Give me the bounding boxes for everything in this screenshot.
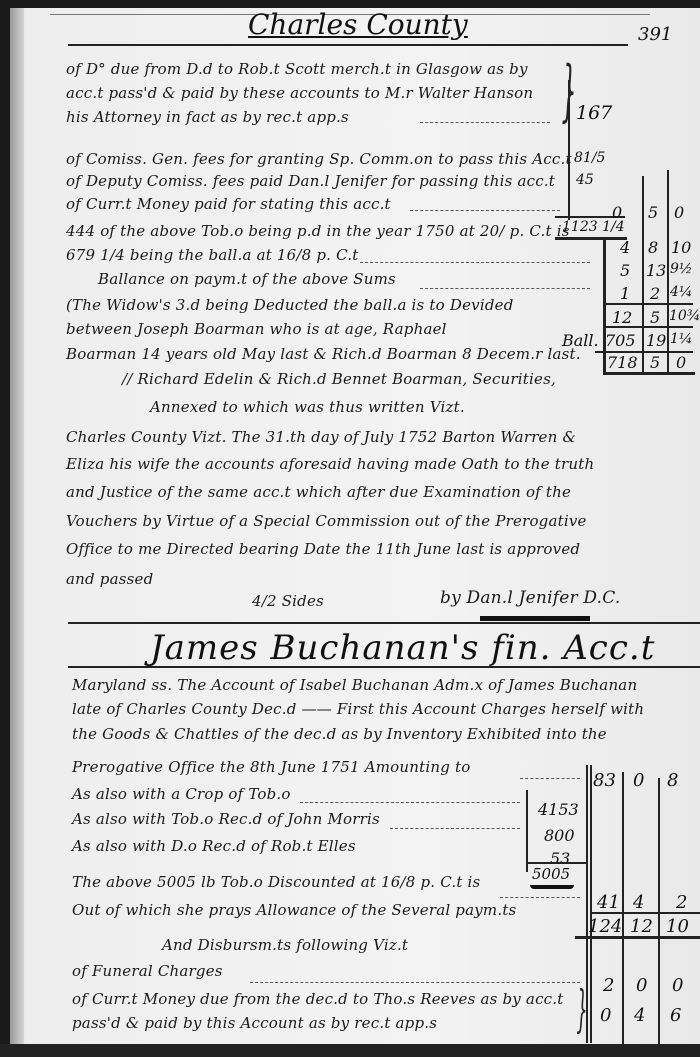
leader-dashes: [410, 210, 560, 211]
tobacco-total: 5005: [532, 865, 570, 883]
leader-dashes: [360, 262, 590, 263]
text-line: of Curr.t Money due from the dec.d to Th…: [72, 990, 563, 1008]
money-pounds: 12: [612, 308, 632, 327]
text-line: his Attorney in fact as by rec.t app.s: [66, 108, 349, 126]
money-shillings: 13: [646, 261, 666, 280]
text-line: of Comiss. Gen. fees for granting Sp. Co…: [66, 150, 572, 168]
text-line: Eliza his wife the accounts aforesaid ha…: [66, 455, 594, 473]
money-pounds: 0: [600, 1005, 611, 1026]
tobacco-value: 4153: [538, 800, 579, 819]
column-rule: [526, 790, 528, 872]
text-line: // Richard Edelin & Rich.d Bennet Boarma…: [122, 370, 556, 388]
sum-rule: [528, 862, 586, 864]
money-pence: 6: [670, 1005, 681, 1026]
money-shillings: 8: [648, 238, 658, 257]
text-line: of Curr.t Money paid for stating this ac…: [66, 195, 391, 213]
money-pence: 10: [666, 916, 689, 937]
title-rule: [68, 666, 700, 668]
money-pence: 2: [676, 892, 687, 913]
page-number: 391: [638, 24, 672, 45]
money-pence: 0: [674, 203, 684, 222]
text-line: Boarman 14 years old May last & Rich.d B…: [66, 345, 581, 363]
money-shillings: 0: [633, 770, 644, 791]
text-line: and Justice of the same acc.t which afte…: [66, 483, 571, 501]
text-line: Annexed to which was thus written Vizt.: [150, 398, 465, 416]
money-shillings: 4: [634, 1005, 645, 1026]
money-shillings: 4: [633, 892, 644, 913]
text-line: And Disbursm.ts following Viz.t: [162, 936, 408, 954]
column-rule-shillings: [622, 772, 624, 1044]
text-line: Vouchers by Virtue of a Special Commissi…: [66, 512, 587, 530]
sum-underline: [530, 885, 574, 889]
text-line: Ballance on paym.t of the above Sums: [98, 270, 396, 288]
money-pounds: 83: [593, 770, 616, 791]
column-rule: [568, 80, 570, 220]
text-line: As also with D.o Rec.d of Rob.t Elles: [72, 837, 356, 855]
signature: by Dan.l Jenifer D.C.: [440, 588, 620, 608]
page-header-title: Charles County: [248, 8, 468, 41]
text-line: Out of which she prays Allowance of the …: [72, 901, 516, 919]
text-line: pass'd & paid by this Account as by rec.…: [72, 1014, 437, 1032]
text-line: the Goods & Chattles of the dec.d as by …: [72, 725, 607, 743]
tobacco-value: 800: [544, 826, 575, 845]
leader-dashes: [500, 897, 580, 898]
page-binding-edge: [10, 8, 24, 1044]
money-shillings: 0: [636, 975, 647, 996]
row-rule: [603, 303, 693, 305]
money-pounds: 41: [597, 892, 620, 913]
column-rule-thick: [603, 238, 606, 373]
money-shillings: 12: [630, 916, 653, 937]
text-line: Maryland ss. The Account of Isabel Bucha…: [72, 676, 637, 694]
leader-dashes: [250, 982, 580, 983]
tobacco-value: 81/5: [574, 150, 605, 166]
text-line: of Deputy Comiss. fees paid Dan.l Jenife…: [66, 172, 555, 190]
account-title: James Buchanan's fin. Acc.t: [150, 628, 655, 668]
balance-label: Ball.: [562, 331, 599, 350]
text-line: and passed: [66, 570, 153, 588]
text-line: (The Widow's 3.d being Deducted the ball…: [66, 296, 514, 314]
total-rule: [603, 372, 695, 375]
tobacco-value: 167: [576, 102, 612, 124]
section-rule: [68, 622, 700, 624]
money-pence: 10¾: [669, 308, 700, 324]
ink-smudge: [480, 616, 590, 621]
money-pence: 4¼: [670, 284, 692, 300]
column-rule-pence: [667, 170, 669, 374]
column-rule-shillings: [642, 176, 644, 374]
leader-dashes: [300, 802, 520, 803]
text-line: between Joseph Boarman who is at age, Ra…: [66, 320, 447, 338]
money-pence: 0: [672, 975, 683, 996]
column-rule-pounds: [590, 765, 592, 1043]
column-rule-pence: [658, 778, 660, 1044]
money-shillings: 2: [650, 284, 660, 303]
tobacco-value: 45: [576, 172, 594, 188]
text-line: 679 1/4 being the ball.a at 16/8 p. C.t: [66, 246, 358, 264]
money-pence: 0: [676, 353, 686, 372]
text-line: acc.t pass'd & paid by these accounts to…: [66, 84, 533, 102]
text-line: late of Charles County Dec.d —— First th…: [72, 700, 644, 718]
text-line: Charles County Vizt. The 31.th day of Ju…: [66, 428, 576, 446]
money-pence: 9½: [670, 261, 692, 277]
sum-rule-thick: [555, 237, 627, 240]
money-shillings: 5: [650, 308, 660, 327]
money-pounds: 5: [620, 261, 630, 280]
money-pounds: 4: [620, 238, 630, 257]
money-pounds: 124: [588, 916, 622, 937]
money-pence: 10: [671, 238, 691, 257]
fees-label: 4/2 Sides: [252, 592, 324, 610]
money-pence: 1¼: [670, 331, 692, 347]
money-pounds: 718: [607, 353, 638, 372]
leader-dashes: [420, 122, 550, 123]
text-line: As also with a Crop of Tob.o: [72, 785, 291, 803]
text-line: of D° due from D.d to Rob.t Scott merch.…: [66, 60, 528, 78]
money-shillings: 19: [646, 331, 666, 350]
text-line: of Funeral Charges: [72, 962, 223, 980]
money-shillings: 5: [650, 353, 660, 372]
text-line: 444 of the above Tob.o being p.d in the …: [66, 222, 570, 240]
money-pence: 8: [667, 770, 678, 791]
leader-dashes: [390, 828, 520, 829]
scan-bottom-border: [0, 1044, 700, 1057]
leader-dashes: [520, 778, 580, 779]
header-rule: [68, 44, 628, 46]
money-pounds: 705: [605, 331, 636, 350]
column-rule-pounds: [586, 765, 588, 1043]
leader-dashes: [420, 288, 590, 289]
money-shillings: 5: [648, 203, 658, 222]
money-pounds: 1: [620, 284, 630, 303]
money-pounds: 2: [603, 975, 614, 996]
text-line: Office to me Directed bearing Date the 1…: [66, 540, 580, 558]
money-pounds: 0: [612, 203, 622, 222]
text-line: The above 5005 lb Tob.o Discounted at 16…: [72, 873, 480, 891]
text-line: Prerogative Office the 8th June 1751 Amo…: [72, 758, 470, 776]
text-line: As also with Tob.o Rec.d of John Morris: [72, 810, 380, 828]
